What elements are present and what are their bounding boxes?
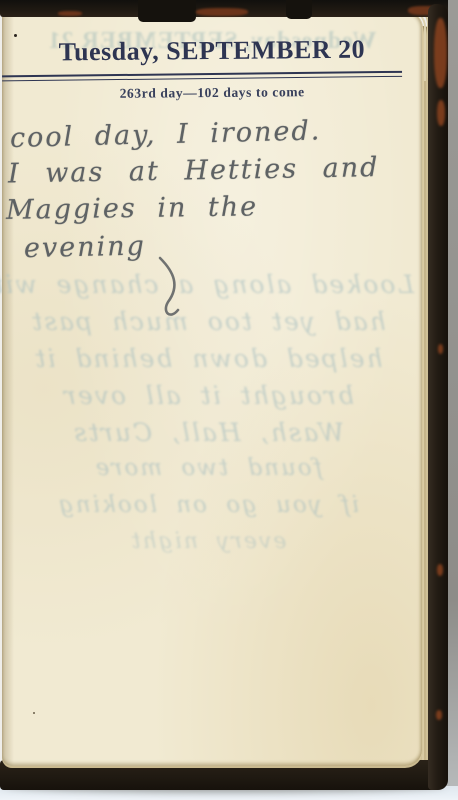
book-cover-spine-right (428, 4, 448, 790)
cover-wear-bump (138, 0, 196, 22)
rust-wear (434, 18, 447, 88)
paper-speck (33, 712, 35, 714)
rust-wear (58, 11, 82, 16)
printed-header: Tuesday, SEPTEMBER 20 263rd day—102 days… (2, 34, 423, 103)
bleedthrough-line: found two more (2, 455, 414, 492)
bleedthrough-line: Wash, Hall, Curts (2, 418, 414, 455)
bleedthrough-line: every night (2, 529, 414, 566)
double-rule (2, 71, 402, 82)
bleedthrough-line: helped down behind it (2, 344, 414, 381)
diary-page: Wednesday, SEPTEMBER 21 Tuesday, SEPTEMB… (2, 12, 423, 768)
rust-wear (196, 8, 248, 16)
cover-wear-bump (286, 0, 312, 19)
date-title: Tuesday, SEPTEMBER 20 (2, 34, 422, 68)
bleedthrough-line: if you go on looking (2, 492, 414, 529)
rust-wear (437, 100, 445, 126)
bleedthrough-line: had yet too much past (2, 307, 414, 344)
day-count-line: 263rd day—102 days to come (2, 83, 422, 103)
rust-wear (438, 344, 443, 354)
bleedthrough-line: brought it all over (2, 381, 414, 418)
rust-wear (436, 710, 442, 720)
handwritten-entry: cool day, I ironed. I was at Hetties and… (8, 118, 416, 266)
rust-wear (437, 564, 443, 576)
diary-scan: Wednesday, SEPTEMBER 21 Tuesday, SEPTEMB… (0, 0, 458, 800)
book-cover-top (0, 0, 448, 17)
entry-line: I was at Hetties and (8, 151, 417, 195)
entry-line: evening (24, 225, 417, 270)
bleedthrough-line: Looked along a change with (2, 270, 414, 307)
bleedthrough-writing: Looked along a change with had yet too m… (2, 270, 414, 566)
